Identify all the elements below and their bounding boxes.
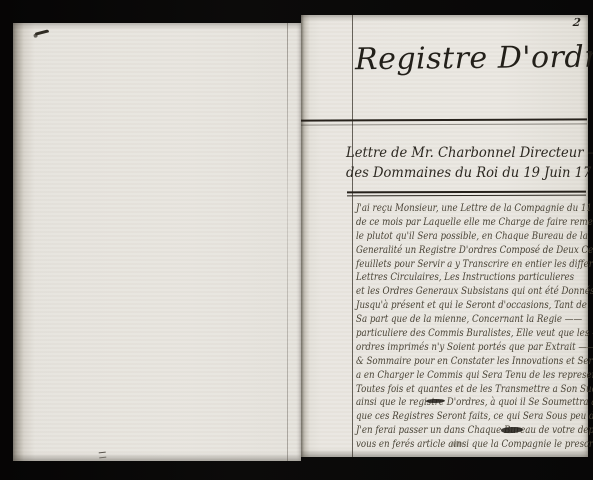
margin-rule-line [352,15,353,457]
body-line: Generalité un Registre D'ordres Composé … [356,244,583,258]
body-line: de ce mois par Laquelle elle me Charge d… [356,216,583,230]
body-line: vous en ferés article ainsi que la Compa… [356,438,583,452]
body-line: Lettres Circulaires, Les Instructions pa… [356,271,583,285]
body-line: J'ai reçu Monsieur, une Lettre de la Com… [356,202,583,216]
page-crease [287,23,288,461]
heading-block: Lettre de Mr. Charbonnel Directeur — des… [346,143,577,183]
pen-mark [35,29,49,35]
body-line: a en Charger le Commis qui Sera Tenu de … [356,369,583,383]
body-line: J'en ferai passer un dans Chaque Bureau … [356,424,583,438]
body-line: particuliere des Commis Buralistes, Elle… [356,327,583,341]
heading-line-1: Lettre de Mr. Charbonnel Directeur — [346,143,577,163]
manuscript-scan: 2 Registre D'ordres Lettre de Mr. Charbo… [0,0,593,480]
left-blank-page [13,23,301,461]
folio-number: 2 [572,16,581,29]
body-line: le plutot qu'il Sera possible, en Chaque… [356,230,583,244]
body-line: ordres imprimés n'y Soient portés que pa… [356,341,583,355]
ink-smudge [451,441,463,447]
heading-line-2: des Dommaines du Roi du 19 Juin 1771 [346,163,577,183]
letter-body: J'ai reçu Monsieur, une Lettre de la Com… [356,202,583,452]
body-line: & Sommaire pour en Constater les Innovat… [356,355,583,369]
body-line: feuillets pour Servir a y Transcrire en … [356,258,583,272]
page-title: Registre D'ordres [355,40,583,77]
body-line: et les Ordres Generaux Subsistans qui on… [356,285,583,299]
body-line: que ces Registres Seront faits, ce qui S… [356,410,583,424]
body-line: ainsi que le registre D'ordres, à quoi i… [356,396,583,410]
body-line: Jusqu'à présent et qui le Seront d'occas… [356,299,583,313]
small-ink-mark [99,452,107,459]
right-written-page: 2 Registre D'ordres Lettre de Mr. Charbo… [301,15,588,457]
paper-grain [13,23,301,461]
body-line: Sa part que de la mienne, Concernant la … [356,313,583,327]
heading-double-rule [347,191,586,197]
body-line: Toutes fois et quantes et de les Transme… [356,383,583,397]
title-underline-rule [301,118,587,125]
